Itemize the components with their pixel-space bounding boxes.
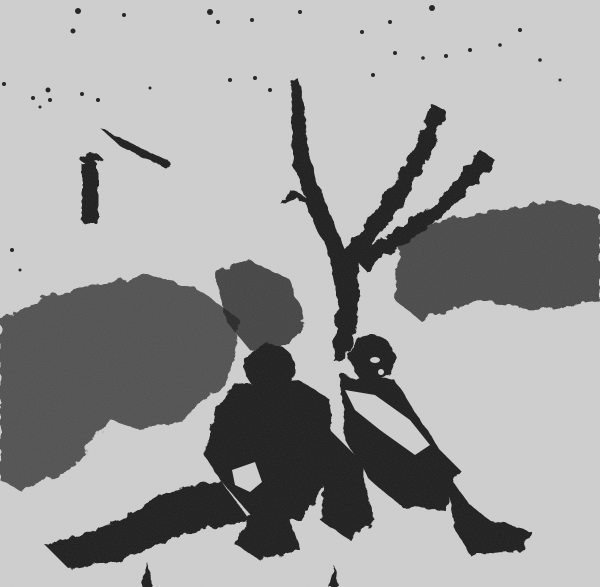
photo-illustration [0,0,600,587]
photograph [0,0,600,587]
